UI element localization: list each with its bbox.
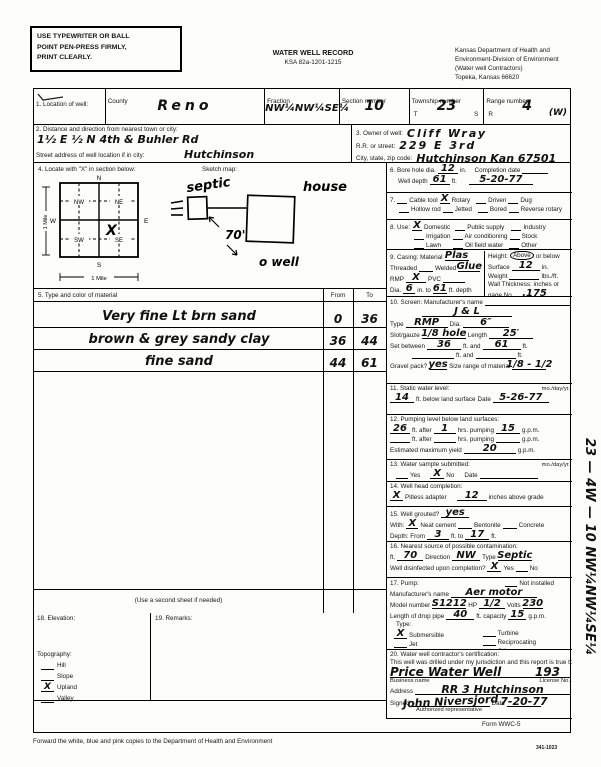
sample-yes: Yes <box>410 472 420 479</box>
not-installed-option: Not installed <box>519 580 554 587</box>
static-date-unit: mo./day/yr. <box>542 386 570 392</box>
neat-cement-check: X <box>408 519 416 529</box>
public-supply-option: Public supply <box>467 224 504 231</box>
topo-slope: Slope <box>57 673 73 681</box>
surface-label: Surface <box>488 264 510 271</box>
capacity-value: 15 <box>510 610 524 620</box>
pen-checkmark <box>36 91 66 103</box>
set-to-value: 61 <box>495 340 509 350</box>
dia1-to: in. to <box>417 287 431 294</box>
grout-ft-label: ft. <box>491 533 496 540</box>
remarks-label: 19. Remarks: <box>155 615 382 623</box>
pump-label: 17. Pump: <box>390 580 419 587</box>
section-4-locate: 4. Locate with "X" in section below: Ske… <box>34 163 386 289</box>
submersible-check: X <box>397 629 405 639</box>
sketch-map-drawing: septic house 70' o well <box>167 171 385 287</box>
quad-sw-label: SW <box>74 238 84 244</box>
contamination-type-label: Type <box>482 554 496 561</box>
rmp-check: X <box>412 273 420 283</box>
bore-dia-label: 6. Bore hole dia. <box>390 167 436 174</box>
gage-value: .175 <box>522 289 547 297</box>
welded-label: Welded <box>435 265 456 272</box>
row-location: 1. Location of well: County Reno Fractio… <box>34 89 570 125</box>
disinfected-yes: Yes <box>503 565 513 572</box>
section-13-water-sample: 13. Water sample submitted:mo./day/yr. Y… <box>387 460 572 482</box>
street-value: Hutchinson <box>184 149 254 160</box>
north-label: N <box>97 175 102 182</box>
agency-address: Kansas Department of Health and Environm… <box>455 46 559 83</box>
bore-dia-value: 12 <box>441 164 455 174</box>
grout-to-value: 17 <box>470 530 484 540</box>
sample-date-unit: mo./day/yr. <box>542 462 570 468</box>
from-1: 0 <box>323 313 353 325</box>
x-mark: X <box>105 223 118 239</box>
grout-from-value: 3 <box>435 530 442 540</box>
above-grade-label: inches above grade <box>489 494 544 501</box>
s7-number: 7. <box>390 197 395 204</box>
set-ft-label: ft. <box>523 343 528 350</box>
domestic-check: X <box>413 221 421 231</box>
pitless-inches-value: 12 <box>465 491 479 501</box>
cell-fraction: Fraction NW¼NW¼SE¼ <box>265 89 340 124</box>
screen-length-value: 25′ <box>503 329 520 339</box>
cell-township: Township number T 23 S <box>410 89 485 124</box>
topo-upland-check: X <box>44 683 51 692</box>
static-level-label: 11. Static water level: <box>390 385 449 392</box>
grouted-value: yes <box>446 508 465 518</box>
section-15-grouting: 15. Well grouted?yes With:XNeat cementBe… <box>387 507 572 542</box>
cell-distance: 2. Distance and direction from nearest t… <box>34 125 352 162</box>
completion-date-label: Completion date <box>475 167 521 174</box>
drop-pipe-label: Length of drop pipe <box>390 613 444 620</box>
form-statute: KSA 82a-1201-1215 <box>248 59 378 67</box>
surface-unit: in. <box>542 264 549 271</box>
static-date-label: Date <box>478 396 491 403</box>
set-from-value: 36 <box>437 340 451 350</box>
cell-county: County Reno <box>106 89 265 124</box>
pump-mfr-value: Aer motor <box>466 588 523 598</box>
section-18-19: 18. Elevation: Topography: Hill Slope XU… <box>34 613 386 701</box>
well-record-form: 1. Location of well: County Reno Fractio… <box>33 88 571 733</box>
section-12-pumping-level: 12. Pumping level below land surfaces: 2… <box>387 415 572 460</box>
air-conditioning-option: Air conditioning <box>465 233 508 240</box>
grout-depth-label: Depth: From <box>390 533 425 540</box>
screen-dia-value: 6″ <box>480 318 491 328</box>
business-name-value: Price Water Well <box>390 666 501 678</box>
right-column: 6. Bore hole dia.12in.Completion date We… <box>386 163 572 719</box>
other-use-option: Other <box>521 242 537 249</box>
disinfected-label: Well disinfected upon completion? <box>390 565 485 572</box>
estimated-yield-unit: g.p.m. <box>518 447 536 454</box>
section-9-casing: 9. Casing: MaterialPlas ThreadedWeldedGl… <box>387 250 572 297</box>
grout-to-label: ft. to <box>451 533 463 540</box>
water-sample-label: 13. Water sample submitted: <box>390 461 470 468</box>
gravel-pack-label: Gravel pack? <box>390 363 427 370</box>
ruled-line <box>34 349 386 350</box>
weight-unit: lbs./ft. <box>541 273 558 280</box>
ruled-line <box>34 589 386 590</box>
range-direction: (W) <box>549 109 567 118</box>
to-2: 44 <box>353 335 386 347</box>
section-8-use: 8. Use:XDomesticPublic supplyIndustry Ir… <box>387 220 572 250</box>
section-20-certification: 20. Water well contractor's certificatio… <box>387 650 572 719</box>
address-label: Address <box>390 688 413 695</box>
below-surface-label: ft. below land surface <box>416 396 476 403</box>
pump-mfr-label: Manufacturer's name <box>390 591 449 598</box>
row-distance-owner: 2. Distance and direction from nearest t… <box>34 125 570 163</box>
sign-date-value: 7-20-77 <box>500 696 547 707</box>
topography-label: Topography: <box>37 651 147 659</box>
pumping-gpm-label: g.p.m. <box>522 427 540 434</box>
screen-label: 10. Screen: Manufacturer's name <box>390 299 483 306</box>
static-date-value: 5-26-77 <box>499 393 542 403</box>
grouted-label: 15. Well grouted? <box>390 511 439 518</box>
south-label: S <box>97 262 102 269</box>
topo-upland: Upland <box>57 684 77 692</box>
capacity-label: ft. capacity <box>476 613 506 620</box>
direction-label: Direction <box>425 554 450 561</box>
pumping-hrs-label: hrs. pumping <box>458 427 494 434</box>
rotary-option: Rotary <box>452 197 471 204</box>
to-3: 61 <box>353 357 386 369</box>
to-1: 36 <box>353 313 386 325</box>
pumping-ft-value: 26 <box>393 424 407 434</box>
hp-label: HP <box>468 602 477 609</box>
industry-option: Industry <box>523 224 545 231</box>
material-row-2: brown & grey sandy clay <box>54 333 304 346</box>
jet-option: Jet <box>409 641 417 648</box>
rmp-label: RMP <box>390 276 404 283</box>
from-header: From <box>323 292 353 300</box>
jetted-option: Jetted <box>455 206 472 213</box>
domestic-option: Domestic <box>424 224 450 231</box>
set-between-label: Set between <box>390 343 425 350</box>
screen-length-label: Length <box>468 332 487 339</box>
from-3: 44 <box>323 357 353 369</box>
township-value: 23 <box>410 99 484 113</box>
lawn-option: Lawn <box>426 242 441 249</box>
county-value: Reno <box>106 99 264 113</box>
materials-label: 5. Type and color of material <box>38 292 117 300</box>
disinfected-no: No <box>530 565 538 572</box>
pumping-gpm-value: 15 <box>501 424 515 434</box>
pumping-level-label: 12. Pumping level below land surfaces: <box>390 416 499 423</box>
form-title: WATER WELL RECORD <box>248 48 378 57</box>
rotary-check: X <box>441 194 449 204</box>
set-and-label: ft. and <box>463 343 481 350</box>
pitless-label: Pitless adapter <box>405 494 447 501</box>
second-sheet-note: (Use a second sheet if needed) <box>34 597 323 605</box>
set2-ft-label: ft. <box>518 352 523 359</box>
rr-label: R.R. or street: <box>356 143 395 151</box>
screen-mfr-value: J & L <box>454 307 480 317</box>
topo-valley: Valley <box>57 695 74 703</box>
section-6-borehole: 6. Bore hole dia.12in.Completion date We… <box>387 163 572 193</box>
pitless-check: X <box>393 491 401 501</box>
septic-label: septic <box>186 175 232 196</box>
submersible-option: Submersible <box>409 632 444 639</box>
section-18-elevation: 18. Elevation: Topography: Hill Slope XU… <box>34 613 151 700</box>
dia1-label: Dia. <box>390 287 401 294</box>
completion-date-value: 5-20-77 <box>479 175 522 185</box>
ruled-line <box>34 327 386 328</box>
water-well-record-page: { "colors": {"ink": "#151515", "paper": … <box>0 0 601 767</box>
height-label: Height: <box>488 253 508 260</box>
reciprocating-option: Reciprocating <box>498 639 537 646</box>
direction-value: NW <box>456 551 475 561</box>
weight-label: Weight <box>488 273 507 280</box>
owner-value: Cliff Wray <box>407 128 487 139</box>
estimated-yield-value: 20 <box>483 444 497 454</box>
size-range-value: 1/8 - 1/2 <box>506 360 552 370</box>
well-head-label: 14. Well head completion: <box>390 483 462 490</box>
capacity-unit: g.p.m. <box>528 613 546 620</box>
pump-type-label: Type: <box>396 621 411 628</box>
ruled-line <box>34 301 386 302</box>
mile-bottom-label: 1 Mile <box>91 276 106 282</box>
license-value: 193 <box>535 666 560 678</box>
size-range-label: Size range of material <box>449 363 510 370</box>
quad-nw-label: NW <box>74 200 84 206</box>
distance-70-label: 70' <box>225 228 245 242</box>
well-label: o well <box>259 255 300 269</box>
township-suffix: S <box>474 111 478 119</box>
driven-option: Driven <box>488 197 506 204</box>
cell-section: Section number 10 <box>340 89 410 124</box>
contamination-type-value: Septic <box>497 551 532 561</box>
form-title-block: WATER WELL RECORD KSA 82a-1201-1215 <box>248 48 378 67</box>
ruled-line <box>34 371 386 372</box>
bentonite-label: Bentonite <box>474 522 501 529</box>
model-value: S1212 <box>432 599 467 609</box>
drop-pipe-value: 40 <box>453 610 467 620</box>
hollow-rod-option: Hollow rod <box>411 206 441 213</box>
owner-label: 3. Owner of well: <box>356 130 403 138</box>
volts-value: 230 <box>522 599 543 609</box>
section-grid-diagram: NW NE SW SE N S W E X 1 Mile 1 Mile <box>34 173 174 287</box>
print-code: 341-1023 <box>536 745 557 751</box>
bore-dia-unit: in. <box>460 167 467 174</box>
contamination-ft-value: 70 <box>403 551 417 561</box>
dug-option: Dug <box>520 197 532 204</box>
material-row-3: fine sand <box>54 355 304 368</box>
estimated-yield-label: Estimated maximum yield <box>390 447 462 454</box>
city-value: Hutchinson Kan 67501 <box>416 153 556 164</box>
distance-value: 1½ E ½ N 4th & Buhler Rd <box>37 134 198 145</box>
cell-location-label: 1. Location of well: <box>34 89 106 124</box>
dia1-value: 6 <box>406 284 413 294</box>
cell-owner: 3. Owner of well:Cliff Wray R.R. or stre… <box>352 125 570 162</box>
slot-gauze-value: 1/8 hole <box>421 329 466 339</box>
casing-material-value: Plas <box>445 251 468 261</box>
pvc-label: PVC <box>428 276 441 283</box>
section-16-contamination: 16. Nearest source of possible contamina… <box>387 542 572 578</box>
volts-label: Volts <box>507 602 521 609</box>
irrigation-option: Irrigation <box>426 233 451 240</box>
cell-range: Range number R 4 (W) <box>484 89 570 124</box>
neat-cement-label: Neat cement <box>420 522 456 529</box>
depth1-value: 61 <box>433 284 447 294</box>
disinfected-yes-check: X <box>491 562 499 572</box>
oil-field-option: Oil field water <box>465 242 503 249</box>
above-circled: Above <box>510 251 534 260</box>
elevation-label: 18. Elevation: <box>37 615 147 623</box>
section-19-remarks: 19. Remarks: <box>151 613 386 700</box>
west-label: W <box>50 218 57 225</box>
section-14-well-head: 14. Well head completion: XPitless adapt… <box>387 482 572 507</box>
concrete-label: Concrete <box>519 522 545 529</box>
slot-gauze-label: Slot/gauze <box>390 332 420 339</box>
contamination-label: 16. Nearest source of possible contamina… <box>390 543 518 550</box>
static-level-value: 14 <box>395 393 409 403</box>
model-label: Model number <box>390 602 430 609</box>
cable-tool-option: Cable tool <box>409 197 437 204</box>
welded-value: Glue <box>456 262 482 272</box>
well-depth-label: Well depth <box>398 178 428 185</box>
pumping2-hrs-label: hrs. pumping <box>458 436 494 443</box>
screen-type-value: RMP <box>414 318 439 328</box>
quad-ne-label: NE <box>115 200 123 206</box>
screen-dia-label: Dia. <box>450 321 461 328</box>
gravel-pack-value: yes <box>428 360 447 370</box>
east-label: E <box>144 218 149 225</box>
wall-thickness-label: Wall Thickness: inches or <box>488 281 559 288</box>
certification-label: 20. Water well contractor's certificatio… <box>390 651 499 658</box>
well-depth-unit: ft. <box>452 178 457 185</box>
section-value: 10 <box>340 99 409 113</box>
set2-and-label: ft. and <box>456 352 474 359</box>
sample-date-label: Date <box>464 472 477 479</box>
use-label: 8. Use: <box>390 224 410 231</box>
section-17-pump: 17. Pump:Not installed Manufacturer's na… <box>387 578 572 650</box>
bored-option: Bored <box>490 206 507 213</box>
left-column: 4. Locate with "X" in section below: Ske… <box>34 163 386 734</box>
house-label: house <box>303 180 347 195</box>
sample-no-check: X <box>433 469 441 479</box>
grout-with-label: With: <box>390 522 404 529</box>
form-number: Form WWC-5 <box>482 721 520 729</box>
distribution-note: Forward the white, blue and pink copies … <box>33 738 272 746</box>
screen-type-label: Type <box>390 321 404 328</box>
topo-hill: Hill <box>57 662 66 670</box>
section-10-screen: 10. Screen: Manufacturer's name J & L Ty… <box>387 297 572 384</box>
pumping2-after-label: ft. after <box>412 436 432 443</box>
stock-option: Stock <box>522 233 538 240</box>
or-below-label: or below <box>536 253 560 260</box>
hp-value: 1/2 <box>483 599 501 609</box>
typewriter-instructions-box: USE TYPEWRITER OR BALL POINT PEN-PRESS F… <box>30 26 182 72</box>
reverse-rotary-option: Reverse rotary <box>521 206 562 213</box>
threaded-label: Threaded <box>390 265 417 272</box>
street-label: Street address of well location if in ci… <box>36 152 145 160</box>
section-11-static-level: 11. Static water level:mo./day/yr. 14ft.… <box>387 384 572 415</box>
surface-value: 12 <box>519 261 533 271</box>
section-7-drill-method: 7.Cable toolXRotaryDrivenDug Hollow rodJ… <box>387 193 572 220</box>
pumping-hrs-value: 1 <box>441 424 448 434</box>
casing-label: 9. Casing: Material <box>390 254 443 261</box>
mile-left-label: 1 Mile <box>43 215 49 230</box>
material-row-1: Very fine Lt brn sand <box>54 310 304 323</box>
rr-value: 229 E 3rd <box>399 140 476 151</box>
pumping2-gpm-label: g.p.m. <box>522 436 540 443</box>
section-5-materials: 5. Type and color of material From To Ve… <box>34 289 386 613</box>
dia1-depth-unit: ft. depth <box>449 287 472 294</box>
from-2: 36 <box>323 335 353 347</box>
margin-annotation: 23 — 4W — 10 NW¼NW¼SE¼ <box>583 438 596 738</box>
fraction-value: NW¼NW¼SE¼ <box>265 104 339 114</box>
sample-no: No <box>446 472 454 479</box>
well-depth-value: 61 <box>433 175 447 185</box>
to-header: To <box>353 292 386 300</box>
pumping-after-label: ft. after <box>412 427 432 434</box>
contamination-ft-label: ft. <box>390 554 395 561</box>
turbine-option: Turbine <box>498 630 519 637</box>
